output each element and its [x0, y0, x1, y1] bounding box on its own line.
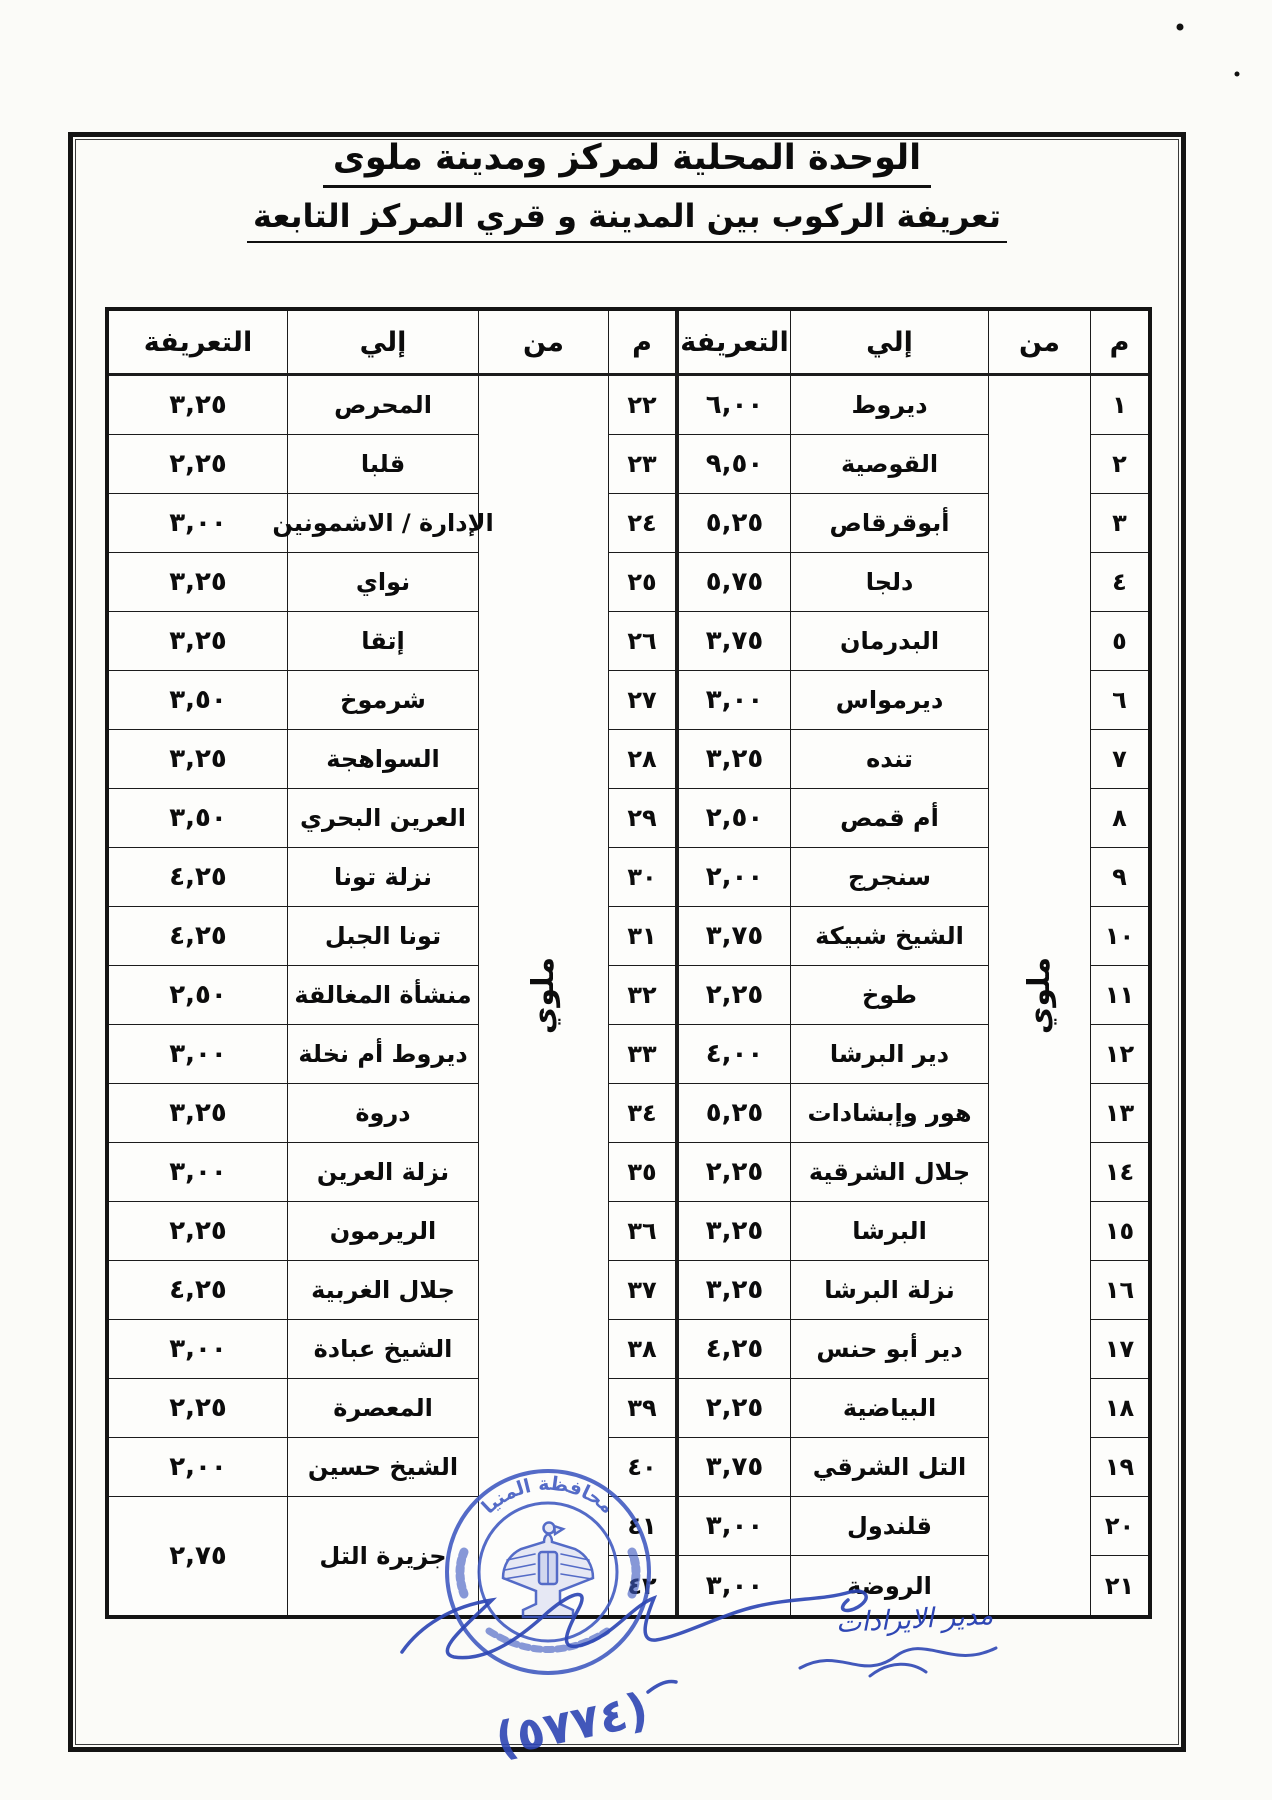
destination-cell: الإدارة / الاشمونين — [287, 494, 478, 553]
serial-cell: ٤ — [1090, 553, 1148, 612]
destination-cell: سنجرج — [790, 848, 988, 907]
fare-cell-text: ٣,٧٥ — [706, 626, 763, 656]
serial-cell-text: ٣٤ — [627, 1099, 656, 1127]
serial-cell: ٢٨ — [608, 730, 675, 789]
serial-cell-text: ٢٦ — [627, 627, 656, 655]
fare-cell: ٢,٢٥ — [675, 966, 790, 1025]
fare-cell: ٣,٢٥ — [675, 730, 790, 789]
fare-cell: ٥,٧٥ — [675, 553, 790, 612]
serial-cell-text: ٩ — [1112, 863, 1127, 891]
destination-cell: العرين البحري — [287, 789, 478, 848]
serial-cell: ٨ — [1090, 789, 1148, 848]
serial-cell-text: ٦ — [1112, 686, 1127, 714]
fare-cell-text: ٢,٢٥ — [706, 1393, 763, 1423]
serial-cell-text: ٣٩ — [627, 1394, 656, 1422]
fare-cell: ٤,٢٥ — [675, 1320, 790, 1379]
fare-cell-text: ٤,٢٥ — [169, 1275, 226, 1305]
serial-cell-text: ١ — [1112, 391, 1127, 419]
destination-cell: أبوقرقاص — [790, 494, 988, 553]
destination-cell: هور وإبشادات — [790, 1084, 988, 1143]
ink-speck — [1177, 24, 1184, 31]
header-fare: التعريفة — [675, 311, 790, 376]
serial-cell: ١٦ — [1090, 1261, 1148, 1320]
destination-cell: الشيخ شبيكة — [790, 907, 988, 966]
destination-cell: ديرمواس — [790, 671, 988, 730]
header-to-text: إلي — [866, 327, 913, 358]
fare-cell-text: ٣,٢٥ — [169, 626, 226, 656]
fare-cell-text: ٤,٢٥ — [169, 921, 226, 951]
fare-cell-text: ٤,٢٥ — [706, 1334, 763, 1364]
serial-cell-text: ٣٦ — [627, 1217, 656, 1245]
from-city-vertical: ملوي — [526, 957, 561, 1034]
serial-cell: ٣٩ — [608, 1379, 675, 1438]
fare-cell: ٣,٠٠ — [109, 1320, 287, 1379]
header-num: م — [1090, 311, 1148, 376]
serial-cell-text: ٣٢ — [627, 981, 656, 1009]
destination-cell-text: السواهجة — [326, 745, 439, 773]
fare-cell: ٢,٥٠ — [675, 789, 790, 848]
serial-cell: ٣٨ — [608, 1320, 675, 1379]
fare-cell: ٦,٠٠ — [675, 376, 790, 435]
fare-cell: ٣,٢٥ — [675, 1261, 790, 1320]
fare-cell: ٣,٠٠ — [675, 671, 790, 730]
destination-cell: الشيخ عبادة — [287, 1320, 478, 1379]
serial-cell-text: ١٥ — [1105, 1217, 1134, 1245]
serial-cell-text: ٥ — [1112, 627, 1127, 655]
destination-cell: جلال الشرقية — [790, 1143, 988, 1202]
destination-cell: الريرمون — [287, 1202, 478, 1261]
fare-cell: ٢,٢٥ — [109, 1202, 287, 1261]
destination-cell: دروة — [287, 1084, 478, 1143]
serial-cell: ٢٧ — [608, 671, 675, 730]
fare-cell-text: ٥,٧٥ — [706, 567, 763, 597]
destination-cell-text: سنجرج — [848, 863, 931, 891]
fare-cell: ٣,٥٠ — [109, 789, 287, 848]
fare-cell-merged: ٢,٧٥ — [109, 1497, 287, 1615]
serial-cell-text: ٢٤ — [627, 509, 656, 537]
serial-cell-text: ١١ — [1105, 981, 1134, 1009]
fare-cell-text: ٦,٠٠ — [706, 390, 763, 420]
serial-cell-text: ٢٧ — [627, 686, 656, 714]
destination-cell: نواي — [287, 553, 478, 612]
destination-cell-text: الشيخ حسين — [308, 1453, 458, 1481]
serial-cell-text: ٢ — [1112, 450, 1127, 478]
fare-cell: ٢,٢٥ — [109, 1379, 287, 1438]
destination-cell-text: دروة — [355, 1099, 410, 1127]
serial-cell-text: ١٤ — [1105, 1158, 1134, 1186]
destination-cell: نزلة العرين — [287, 1143, 478, 1202]
serial-cell-text: ١٢ — [1105, 1040, 1134, 1068]
fare-cell-text: ٢,٢٥ — [706, 980, 763, 1010]
serial-cell: ٢٣ — [608, 435, 675, 494]
fare-cell-text: ٢,٥٠ — [706, 803, 763, 833]
header-from-text: من — [1019, 327, 1060, 358]
serial-cell: ٤٠ — [608, 1438, 675, 1497]
serial-cell: ٣٣ — [608, 1025, 675, 1084]
fare-cell: ٩,٥٠ — [675, 435, 790, 494]
serial-cell: ٧ — [1090, 730, 1148, 789]
destination-cell-text: أم قمص — [840, 804, 939, 832]
fare-cell: ٣,٢٥ — [675, 1202, 790, 1261]
serial-cell: ٣١ — [608, 907, 675, 966]
header-fare-text: التعريفة — [144, 327, 252, 358]
fare-cell-text: ٢,٥٠ — [169, 980, 226, 1010]
header-to: إلي — [790, 311, 988, 376]
document-subtitle-text: تعريفة الركوب بين المدينة و قري المركز ا… — [247, 197, 1007, 243]
serial-cell-text: ٢١ — [1105, 1572, 1134, 1600]
fare-cell-text: ٢,٢٥ — [706, 1157, 763, 1187]
serial-cell-text: ١٠ — [1105, 922, 1134, 950]
destination-cell: تونا الجبل — [287, 907, 478, 966]
fare-cell: ٥,٢٥ — [675, 1084, 790, 1143]
destination-cell-text: تونا الجبل — [325, 922, 441, 950]
serial-cell: ١٤ — [1090, 1143, 1148, 1202]
fare-cell: ٣,٥٠ — [109, 671, 287, 730]
header-fare: التعريفة — [109, 311, 287, 376]
serial-cell-text: ٣ — [1112, 509, 1127, 537]
from-city-cell: ملوي — [988, 376, 1090, 1615]
destination-cell-text: نواي — [356, 568, 410, 596]
destination-cell: الشيخ حسين — [287, 1438, 478, 1497]
fare-cell-text: ٤,٠٠ — [706, 1039, 763, 1069]
destination-cell: نزلة تونا — [287, 848, 478, 907]
serial-cell-text: ١٩ — [1105, 1453, 1134, 1481]
destination-cell: المحرص — [287, 376, 478, 435]
serial-cell: ١٨ — [1090, 1379, 1148, 1438]
fare-cell: ٣,٧٥ — [675, 612, 790, 671]
fare-cell-text: ٥,٢٥ — [706, 1098, 763, 1128]
serial-cell-text: ٤١ — [627, 1512, 656, 1540]
fare-cell-text: ٣,٢٥ — [706, 1275, 763, 1305]
destination-cell-text: المحرص — [334, 391, 432, 419]
destination-cell-text: البرشا — [852, 1217, 927, 1245]
fare-cell-text: ٣,٧٥ — [706, 921, 763, 951]
fare-cell: ٤,٢٥ — [109, 907, 287, 966]
fare-cell: ٣,٠٠ — [675, 1497, 790, 1556]
header-num-text: م — [632, 327, 652, 358]
destination-cell: قلندول — [790, 1497, 988, 1556]
destination-cell-text: الروضة — [847, 1572, 932, 1600]
destination-cell-text: طوخ — [862, 981, 917, 1009]
from-city-vertical: ملوي — [1022, 957, 1057, 1034]
serial-cell-text: ٣٨ — [627, 1335, 656, 1363]
serial-cell: ٣٥ — [608, 1143, 675, 1202]
fare-cell-text: ٣,٢٥ — [169, 1098, 226, 1128]
fare-cell: ٢,٥٠ — [109, 966, 287, 1025]
destination-cell: تنده — [790, 730, 988, 789]
serial-cell: ١٠ — [1090, 907, 1148, 966]
destination-cell-text: جلال الشرقية — [809, 1158, 970, 1186]
fare-cell: ٥,٢٥ — [675, 494, 790, 553]
destination-cell: السواهجة — [287, 730, 478, 789]
serial-cell: ٣٢ — [608, 966, 675, 1025]
serial-cell: ٢٦ — [608, 612, 675, 671]
fare-cell: ٢,٠٠ — [675, 848, 790, 907]
serial-cell-text: ٧ — [1112, 745, 1127, 773]
destination-cell: نزلة البرشا — [790, 1261, 988, 1320]
destination-cell: شرموخ — [287, 671, 478, 730]
fare-cell: ٣,٠٠ — [109, 494, 287, 553]
destination-cell: جلال الغربية — [287, 1261, 478, 1320]
fare-cell: ٣,٢٥ — [109, 376, 287, 435]
fare-cell-text: ٣,٠٠ — [706, 685, 763, 715]
destination-cell: ديروط — [790, 376, 988, 435]
serial-cell-text: ٢٣ — [627, 450, 656, 478]
destination-cell: إتقا — [287, 612, 478, 671]
destination-cell-text: ديرمواس — [836, 686, 944, 714]
fare-cell-text: ٣,٢٥ — [169, 567, 226, 597]
serial-cell: ١٢ — [1090, 1025, 1148, 1084]
destination-cell-text: قلندول — [847, 1512, 932, 1540]
fare-cell: ٣,٠٠ — [675, 1556, 790, 1615]
header-to-text: إلي — [360, 327, 407, 358]
fare-cell-text: ٣,٢٥ — [169, 390, 226, 420]
fare-cell: ٣,٠٠ — [109, 1143, 287, 1202]
destination-cell-text: الشيخ عبادة — [314, 1335, 453, 1363]
destination-cell-text: البدرمان — [840, 627, 939, 655]
serial-cell: ٩ — [1090, 848, 1148, 907]
header-from: من — [478, 311, 608, 376]
destination-cell-text: جلال الغربية — [311, 1276, 455, 1304]
fare-table: ممنإليالتعريفةممنإليالتعريفةملويملوي١دير… — [105, 307, 1152, 1619]
serial-cell-text: ٣١ — [627, 922, 656, 950]
fare-cell-text: ٣,٥٠ — [169, 803, 226, 833]
destination-cell-text: دير البرشا — [830, 1040, 949, 1068]
fare-cell-text: ٣,٢٥ — [706, 1216, 763, 1246]
destination-cell: طوخ — [790, 966, 988, 1025]
fare-cell-text: ٢,٢٥ — [169, 1216, 226, 1246]
serial-cell: ٥ — [1090, 612, 1148, 671]
fare-cell-text: ٢,٢٥ — [169, 449, 226, 479]
destination-cell-text: شرموخ — [340, 686, 426, 714]
destination-cell-text: دير أبو حنس — [816, 1335, 962, 1363]
serial-cell: ١٣ — [1090, 1084, 1148, 1143]
destination-cell: البياضية — [790, 1379, 988, 1438]
serial-cell-text: ٤ — [1112, 568, 1127, 596]
fare-cell-text: ٣,٠٠ — [169, 1334, 226, 1364]
destination-cell-text: ديروط — [851, 391, 927, 419]
serial-cell: ٢ — [1090, 435, 1148, 494]
destination-cell: المعصرة — [287, 1379, 478, 1438]
serial-cell: ٣٦ — [608, 1202, 675, 1261]
header-num-text: م — [1110, 327, 1130, 358]
destination-cell-text: الشيخ شبيكة — [815, 922, 964, 950]
fare-cell-text: ٩,٥٠ — [706, 449, 763, 479]
fare-cell: ٣,٢٥ — [109, 612, 287, 671]
fare-cell-text: ٣,٧٥ — [706, 1452, 763, 1482]
fare-cell: ٢,٠٠ — [109, 1438, 287, 1497]
destination-cell-text: ديروط أم نخلة — [298, 1040, 467, 1068]
destination-cell-text: الريرمون — [330, 1217, 437, 1245]
destination-cell-text: الإدارة / الاشمونين — [272, 509, 493, 537]
destination-cell-text: إتقا — [361, 627, 405, 655]
fare-cell-text: ٣,٠٠ — [706, 1511, 763, 1541]
header-from: من — [988, 311, 1090, 376]
destination-cell: الروضة — [790, 1556, 988, 1615]
destination-cell-text: المعصرة — [333, 1394, 433, 1422]
fare-cell: ٣,٢٥ — [109, 553, 287, 612]
serial-cell: ٣٧ — [608, 1261, 675, 1320]
serial-cell: ١ — [1090, 376, 1148, 435]
destination-cell: دلجا — [790, 553, 988, 612]
destination-cell-text: العرين البحري — [300, 804, 466, 832]
fare-cell: ٣,٢٥ — [109, 730, 287, 789]
ink-speck — [1235, 72, 1240, 77]
serial-cell: ١١ — [1090, 966, 1148, 1025]
destination-cell-text: أبوقرقاص — [830, 509, 950, 537]
serial-cell: ١٩ — [1090, 1438, 1148, 1497]
destination-cell: دير أبو حنس — [790, 1320, 988, 1379]
destination-cell-text: البياضية — [843, 1394, 936, 1422]
serial-cell-text: ٣٣ — [627, 1040, 656, 1068]
serial-cell: ١٥ — [1090, 1202, 1148, 1261]
header-fare-text: التعريفة — [680, 327, 788, 358]
destination-cell-text: هور وإبشادات — [807, 1099, 971, 1127]
serial-cell-text: ٨ — [1112, 804, 1127, 832]
serial-cell: ٢٥ — [608, 553, 675, 612]
destination-cell-text: منشأة المغالقة — [294, 981, 471, 1009]
header-num: م — [608, 311, 675, 376]
serial-cell: ٦ — [1090, 671, 1148, 730]
header-from-text: من — [523, 327, 564, 358]
from-city-cell: ملوي — [478, 376, 608, 1615]
fare-cell: ٤,٢٥ — [109, 1261, 287, 1320]
destination-cell: القوصية — [790, 435, 988, 494]
fare-cell: ٤,٢٥ — [109, 848, 287, 907]
fare-cell-text: ٢,٢٥ — [169, 1393, 226, 1423]
fare-cell-text: ٣,٠٠ — [169, 1039, 226, 1069]
fare-cell: ٣,٧٥ — [675, 1438, 790, 1497]
serial-cell: ١٧ — [1090, 1320, 1148, 1379]
destination-cell-text: نزلة تونا — [334, 863, 432, 891]
serial-cell-text: ٣٥ — [627, 1158, 656, 1186]
serial-cell-text: ٣٧ — [627, 1276, 656, 1304]
destination-cell-text: نزلة البرشا — [824, 1276, 954, 1304]
destination-cell-text: التل الشرقي — [813, 1453, 966, 1481]
serial-cell-text: ٢٠ — [1105, 1512, 1134, 1540]
serial-cell-text: ٢٥ — [627, 568, 656, 596]
fare-cell-text: ٣,٠٠ — [706, 1571, 763, 1601]
destination-cell: أم قمص — [790, 789, 988, 848]
serial-cell-text: ٤٠ — [627, 1453, 656, 1481]
serial-cell: ٢٢ — [608, 376, 675, 435]
fare-cell: ٢,٢٥ — [675, 1143, 790, 1202]
destination-cell-merged: جزيرة التل — [287, 1497, 478, 1615]
serial-cell: ٤١ — [608, 1497, 675, 1556]
header-to: إلي — [287, 311, 478, 376]
document-title: الوحدة المحلية لمركز ومدينة ملوى — [68, 138, 1186, 188]
serial-cell: ٢٠ — [1090, 1497, 1148, 1556]
destination-cell: دير البرشا — [790, 1025, 988, 1084]
destination-cell: البدرمان — [790, 612, 988, 671]
destination-cell: قلبا — [287, 435, 478, 494]
serial-cell-text: ١٨ — [1105, 1394, 1134, 1422]
fare-cell-text: ٤,٢٥ — [169, 862, 226, 892]
destination-cell-text: تنده — [866, 745, 913, 773]
fare-cell: ٣,٠٠ — [109, 1025, 287, 1084]
serial-cell-text: ١٣ — [1105, 1099, 1134, 1127]
destination-cell: التل الشرقي — [790, 1438, 988, 1497]
fare-cell-merged-text: ٢,٧٥ — [169, 1541, 226, 1571]
destination-cell-text: القوصية — [841, 450, 938, 478]
serial-cell-text: ٢٩ — [627, 804, 656, 832]
destination-cell-text: نزلة العرين — [317, 1158, 449, 1186]
fare-cell-text: ٣,٥٠ — [169, 685, 226, 715]
serial-cell-text: ١٦ — [1105, 1276, 1134, 1304]
serial-cell-text: ٤٢ — [627, 1572, 656, 1600]
serial-cell: ٤٢ — [608, 1556, 675, 1615]
destination-cell-text: قلبا — [361, 450, 405, 478]
serial-cell: ٣٠ — [608, 848, 675, 907]
serial-cell: ٢٩ — [608, 789, 675, 848]
fare-cell: ٢,٢٥ — [675, 1379, 790, 1438]
destination-cell: ديروط أم نخلة — [287, 1025, 478, 1084]
fare-cell: ٤,٠٠ — [675, 1025, 790, 1084]
document-subtitle: تعريفة الركوب بين المدينة و قري المركز ا… — [68, 197, 1186, 243]
serial-cell-text: ١٧ — [1105, 1335, 1134, 1363]
serial-cell-text: ٣٠ — [627, 863, 656, 891]
fare-cell-text: ٣,٢٥ — [706, 744, 763, 774]
fare-cell: ٢,٢٥ — [109, 435, 287, 494]
fare-cell-text: ٢,٠٠ — [706, 862, 763, 892]
serial-cell: ٢٤ — [608, 494, 675, 553]
fare-cell-text: ٥,٢٥ — [706, 508, 763, 538]
document-title-text: الوحدة المحلية لمركز ومدينة ملوى — [323, 138, 931, 188]
fare-cell: ٣,٢٥ — [109, 1084, 287, 1143]
fare-cell-text: ٢,٠٠ — [169, 1452, 226, 1482]
serial-cell: ٢١ — [1090, 1556, 1148, 1615]
fare-cell-text: ٣,٠٠ — [169, 508, 226, 538]
fare-cell-text: ٣,٢٥ — [169, 744, 226, 774]
serial-cell-text: ٢٢ — [627, 391, 656, 419]
destination-cell: البرشا — [790, 1202, 988, 1261]
serial-cell: ٣٤ — [608, 1084, 675, 1143]
destination-cell-text: دلجا — [866, 568, 914, 596]
serial-cell-text: ٢٨ — [627, 745, 656, 773]
destination-cell: منشأة المغالقة — [287, 966, 478, 1025]
destination-cell-merged-text: جزيرة التل — [319, 1542, 446, 1570]
fare-cell: ٣,٧٥ — [675, 907, 790, 966]
serial-cell: ٣ — [1090, 494, 1148, 553]
fare-cell-text: ٣,٠٠ — [169, 1157, 226, 1187]
